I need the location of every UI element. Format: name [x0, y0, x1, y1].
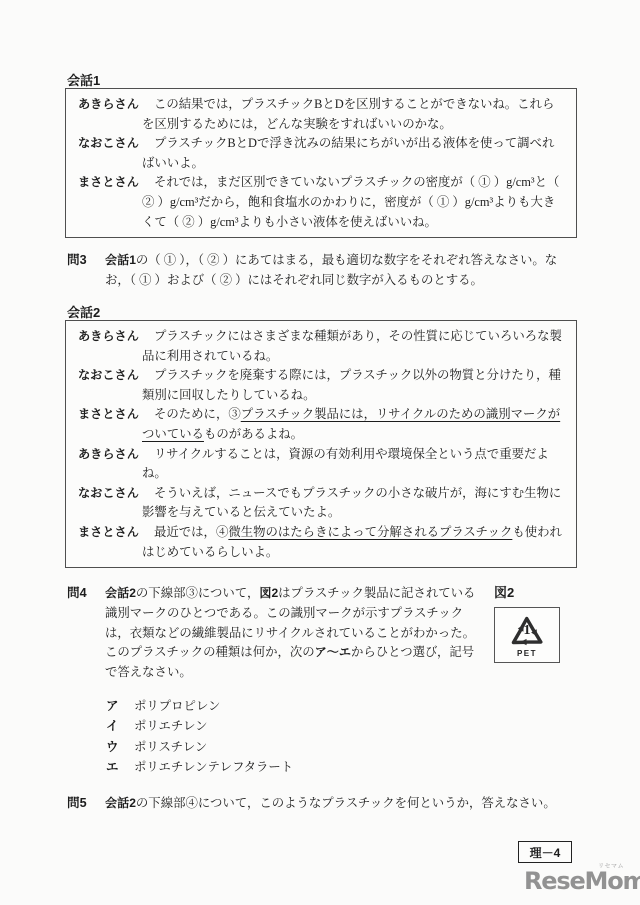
text-segment: の下線部④について，このようなプラスチックを何というか，答えなさい。 [136, 796, 556, 810]
dialogue-line: あきらさん プラスチックにはさまざまな種類があり，その性質に応じていろいろな製品… [78, 327, 564, 366]
dialogue-text: リサイクルすることは，資源の有効利用や環境保全という点で重要だよね。 [142, 445, 564, 484]
question-4-label: 問4 [67, 584, 105, 683]
kaiwa2-box: あきらさん プラスチックにはさまざまな種類があり，その性質に応じていろいろな製品… [65, 320, 577, 568]
speaker-name: なおこさん [78, 484, 142, 523]
text-segment: 図2 [259, 586, 278, 600]
dialogue-text: プラスチックにはさまざまな種類があり，その性質に応じていろいろな製品に利用されて… [142, 327, 564, 366]
text-segment: ものがあるよね。 [204, 427, 303, 441]
dialogue-line: まさとさん 最近では，④微生物のはたらきによって分解されるプラスチックも使われは… [78, 523, 564, 562]
question-5-label: 問5 [67, 794, 105, 814]
text-segment: 会話2 [105, 586, 136, 600]
option-row: ウ ポリスチレン [106, 737, 293, 757]
option-text: ポリエチレンテレフタラート [134, 757, 293, 777]
text-segment: 会話2 [105, 796, 136, 810]
question-3-text: 会話1の（ ① ），（ ② ）にあてはまる，最も適切な数字をそれぞれ答えなさい。… [105, 251, 579, 291]
dialogue-text: そのために，③プラスチック製品には，リサイクルのための識別マークがついているもの… [142, 405, 564, 444]
kaiwa1-label: 会話1 [67, 70, 100, 89]
dialogue-text: プラスチックを廃棄する際には，プラスチック以外の物質と分けたり，種類別に回収した… [142, 366, 564, 405]
resemom-logo: リセマム ReseMom. [524, 860, 634, 900]
dialogue-text: プラスチックBとDで浮き沈みの結果にちがいが出る液体を使って調べればいいよ。 [142, 134, 564, 173]
speaker-name: なおこさん [78, 134, 142, 173]
dialogue-line: なおこさん プラスチックを廃棄する際には，プラスチック以外の物質と分けたり，種類… [78, 366, 564, 405]
figure-2-label: 図2 [494, 582, 580, 601]
underlined-segment: 微生物のはたらきによって分解されるプラスチック [228, 525, 512, 539]
logo-wordmark: ReseMom. [524, 867, 640, 895]
question-3-label: 問3 [67, 251, 105, 291]
text-segment: の下線部③について， [136, 586, 259, 600]
speaker-name: まさとさん [78, 523, 142, 562]
dialogue-text: 最近では，④微生物のはたらきによって分解されるプラスチックも使われはじめているら… [142, 523, 564, 562]
speaker-name: まさとさん [78, 405, 142, 444]
figure-2: 図2 1 PET [494, 582, 580, 663]
speaker-name: あきらさん [78, 445, 142, 484]
dialogue-line: まさとさん そのために，③プラスチック製品には，リサイクルのための識別マークがつ… [78, 405, 564, 444]
text-segment: ア～エ [315, 645, 351, 659]
option-text: ポリエチレン [134, 716, 208, 736]
text-segment: の（ ① ），（ ② ）にあてはまる，最も適切な数字をそれぞれ答えなさい。なお，… [105, 253, 557, 287]
text-segment: そのために，③ [154, 407, 241, 421]
dialogue-text: そういえば，ニュースでもプラスチックの小さな破片が，海にすむ生物に影響を与えてい… [142, 484, 564, 523]
dialogue-text: この結果では，プラスチックBとDを区別することができないね。これらを区別するため… [142, 95, 564, 134]
mark-code: PET [495, 649, 559, 658]
question-4-text: 会話2の下線部③について，図2はプラスチック製品に記されている識別マークのひとつ… [105, 584, 481, 683]
recycling-mark-figure: 1 PET [494, 607, 560, 663]
question-5-text: 会話2の下線部④について，このようなプラスチックを何というか，答えなさい。 [105, 794, 607, 814]
speaker-name: まさとさん [78, 173, 142, 232]
option-letter: ア [106, 696, 134, 716]
option-letter: ウ [106, 737, 134, 757]
text-segment: 最近では，④ [154, 525, 228, 539]
speaker-name: なおこさん [78, 366, 142, 405]
speaker-name: あきらさん [78, 95, 142, 134]
answer-options: ア ポリプロピレン イ ポリエチレン ウ ポリスチレン エ ポリエチレンテレフタ… [106, 696, 293, 777]
text-segment: 会話1 [105, 253, 136, 267]
option-row: イ ポリエチレン [106, 716, 293, 736]
option-text: ポリスチレン [134, 737, 207, 757]
question-4: 問4 会話2の下線部③について，図2はプラスチック製品に記されている識別マークの… [67, 584, 481, 683]
option-text: ポリプロピレン [134, 696, 220, 716]
exam-page: 会話1 あきらさん この結果では，プラスチックBとDを区別することができないね。… [0, 0, 640, 905]
dialogue-line: あきらさん この結果では，プラスチックBとDを区別することができないね。これらを… [78, 95, 564, 134]
dialogue-text: それでは，まだ区別できていないプラスチックの密度が（ ① ）g/cm³と（ ② … [142, 173, 564, 232]
dialogue-line: あきらさん リサイクルすることは，資源の有効利用や環境保全という点で重要だよね。 [78, 445, 564, 484]
dialogue-line: なおこさん そういえば，ニュースでもプラスチックの小さな破片が，海にすむ生物に影… [78, 484, 564, 523]
option-letter: エ [106, 757, 134, 777]
option-row: エ ポリエチレンテレフタラート [106, 757, 293, 777]
question-3: 問3 会話1の（ ① ），（ ② ）にあてはまる，最も適切な数字をそれぞれ答えな… [67, 251, 579, 291]
option-letter: イ [106, 716, 134, 736]
question-5: 問5 会話2の下線部④について，このようなプラスチックを何というか，答えなさい。 [67, 794, 607, 814]
kaiwa2-label: 会話2 [67, 302, 100, 321]
dialogue-line: なおこさん プラスチックBとDで浮き沈みの結果にちがいが出る液体を使って調べれば… [78, 134, 564, 173]
speaker-name: あきらさん [78, 327, 142, 366]
dialogue-line: まさとさん それでは，まだ区別できていないプラスチックの密度が（ ① ）g/cm… [78, 173, 564, 232]
option-row: ア ポリプロピレン [106, 696, 293, 716]
mark-digit: 1 [495, 623, 559, 639]
kaiwa1-box: あきらさん この結果では，プラスチックBとDを区別することができないね。これらを… [65, 88, 577, 238]
